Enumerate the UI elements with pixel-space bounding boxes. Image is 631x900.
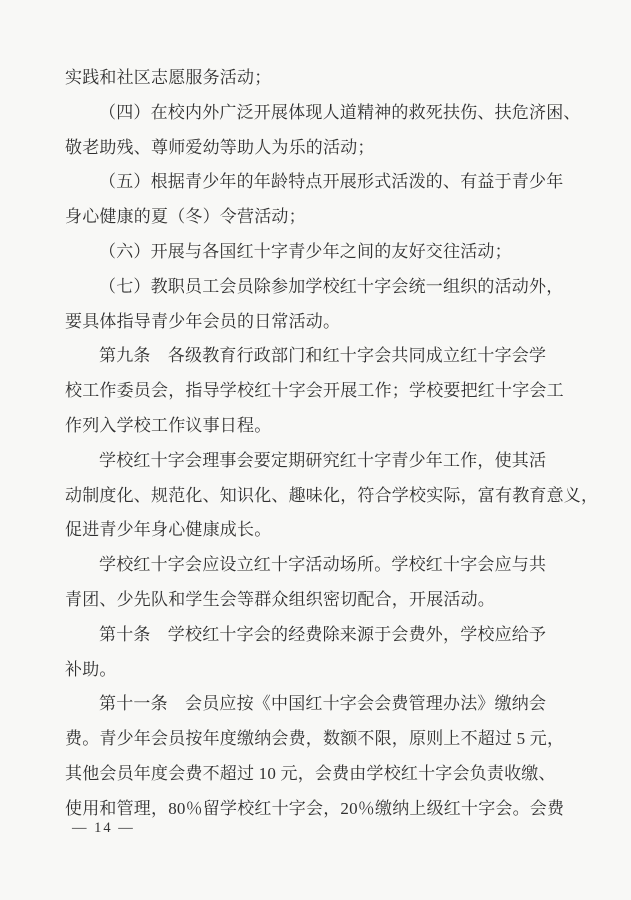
document-body: 实践和社区志愿服务活动； （四）在校内外广泛开展体现人道精神的救死扶伤、扶危济困… <box>65 61 581 827</box>
text-line: 其他会员年度会费不超过 10 元，会费由学校红十字会负责收缴、 <box>65 757 581 792</box>
text-line: （六）开展与各国红十字青少年之间的友好交往活动； <box>65 235 581 270</box>
text-line: 动制度化、规范化、知识化、趣味化，符合学校实际，富有教育意义， <box>65 479 581 514</box>
page-number: — 14 — <box>72 820 135 837</box>
text-line: 第九条 各级教育行政部门和红十字会共同成立红十字会学 <box>65 339 581 374</box>
text-line: 校工作委员会，指导学校红十字会开展工作；学校要把红十字会工 <box>65 374 581 409</box>
text-line: 促进青少年身心健康成长。 <box>65 513 581 548</box>
document-page: 实践和社区志愿服务活动； （四）在校内外广泛开展体现人道精神的救死扶伤、扶危济困… <box>0 0 631 900</box>
text-line: 费。青少年会员按年度缴纳会费，数额不限，原则上不超过 5 元， <box>65 722 581 757</box>
text-line: 要具体指导青少年会员的日常活动。 <box>65 305 581 340</box>
text-line: 使用和管理，80％留学校红十字会，20％缴纳上级红十字会。会费 <box>65 792 581 827</box>
text-line: 身心健康的夏（冬）令营活动； <box>65 200 581 235</box>
text-line: 学校红十字会理事会要定期研究红十字青少年工作，使其活 <box>65 444 581 479</box>
text-line: 学校红十字会应设立红十字活动场所。学校红十字会应与共 <box>65 548 581 583</box>
text-line: （七）教职员工会员除参加学校红十字会统一组织的活动外， <box>65 270 581 305</box>
text-line: 青团、少先队和学生会等群众组织密切配合，开展活动。 <box>65 583 581 618</box>
text-line: 第十条 学校红十字会的经费除来源于会费外，学校应给予 <box>65 618 581 653</box>
text-line: （五）根据青少年的年龄特点开展形式活泼的、有益于青少年 <box>65 165 581 200</box>
text-line: （四）在校内外广泛开展体现人道精神的救死扶伤、扶危济困、 <box>65 96 581 131</box>
text-line: 补助。 <box>65 653 581 688</box>
text-line: 第十一条 会员应按《中国红十字会会费管理办法》缴纳会 <box>65 687 581 722</box>
text-line: 作列入学校工作议事日程。 <box>65 409 581 444</box>
text-line: 实践和社区志愿服务活动； <box>65 61 581 96</box>
text-line: 敬老助残、尊师爱幼等助人为乐的活动； <box>65 131 581 166</box>
